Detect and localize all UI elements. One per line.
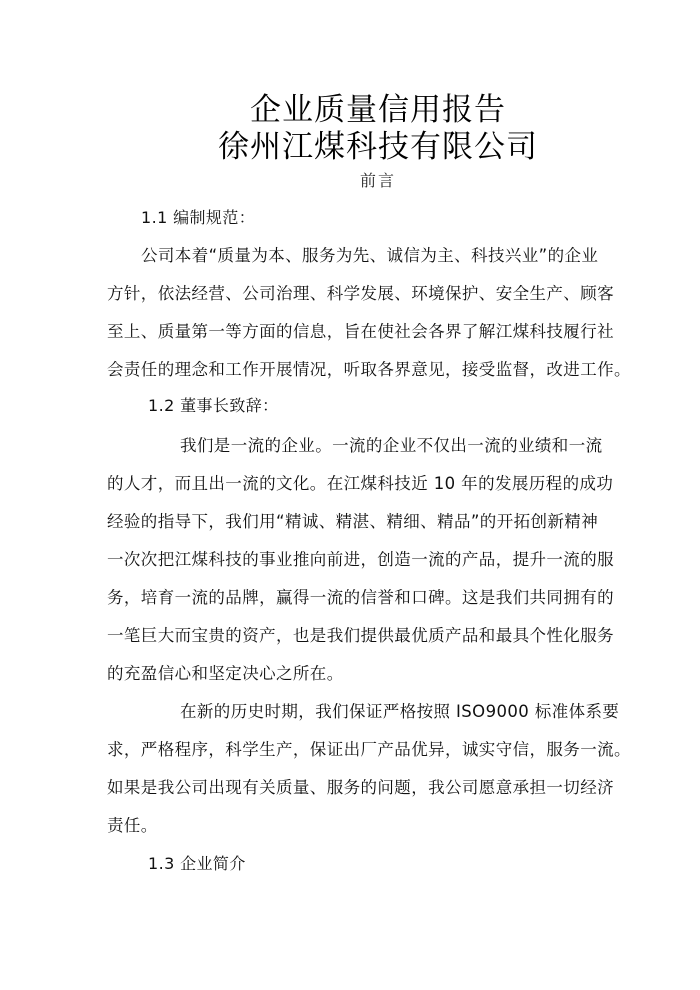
- company-name: 徐州江煤科技有限公司: [28, 121, 700, 166]
- paragraph-line: 我们是一流的企业。一流的企业不仅出一流的业绩和一流: [180, 432, 603, 456]
- section-heading-1-2: 1.2 董事长致辞：: [148, 393, 279, 416]
- paragraph-line: 求，严格程序，科学生产，保证出厂产品优异，诚实守信，服务一流。: [107, 736, 631, 760]
- section-heading-1-1: 1.1 编制规范：: [141, 205, 255, 228]
- paragraph-line: 一次次把江煤科技的事业推向前进，创造一流的产品，提升一流的服: [107, 546, 614, 570]
- preface-label: 前言: [28, 168, 700, 191]
- paragraph-line: 公司本着“质量为本、服务为先、诚信为主、科技兴业”的企业: [141, 242, 598, 266]
- paragraph-line: 的人才，而且出一流的文化。在江煤科技近 10 年的发展历程的成功: [107, 470, 613, 494]
- paragraph-line: 会责任的理念和工作开展情况，听取各界意见，接受监督，改进工作。: [107, 356, 631, 380]
- paragraph-line: 的充盈信心和坚定决心之所在。: [107, 660, 344, 684]
- paragraph-line: 经验的指导下，我们用“精诚、精湛、精细、精品”的开拓创新精神: [107, 508, 598, 532]
- paragraph-line: 方针，依法经营、公司治理、科学发展、环境保护、安全生产、顾客: [107, 280, 614, 304]
- paragraph-line: 责任。: [107, 812, 158, 836]
- paragraph-line: 务，培育一流的品牌，赢得一流的信誉和口碑。这是我们共同拥有的: [107, 584, 614, 608]
- paragraph-line: 至上、质量第一等方面的信息，旨在使社会各界了解江煤科技履行社: [107, 318, 614, 342]
- paragraph-line: 在新的历史时期，我们保证严格按照 ISO9000 标准体系要: [180, 698, 619, 722]
- paragraph-line: 如果是我公司出现有关质量、服务的问题，我公司愿意承担一切经济: [107, 774, 614, 798]
- section-heading-1-3: 1.3 企业简介: [148, 851, 246, 874]
- paragraph-line: 一笔巨大而宝贵的资产，也是我们提供最优质产品和最具个性化服务: [107, 622, 614, 646]
